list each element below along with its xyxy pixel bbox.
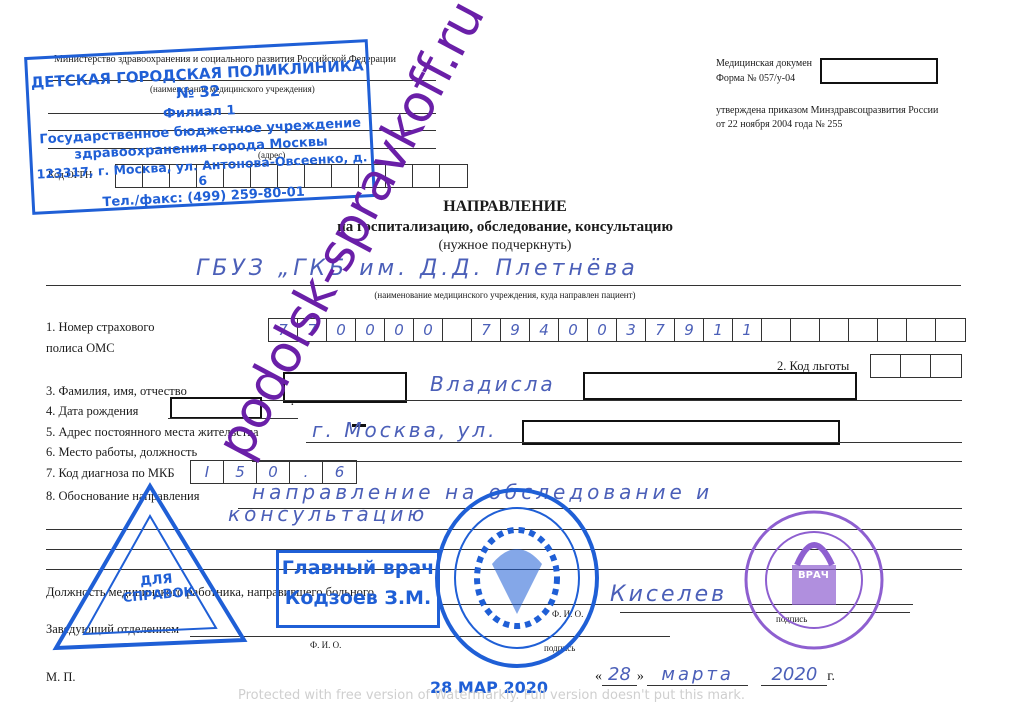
code-cell: 7 [646, 319, 675, 341]
code-cell: 0 [356, 319, 385, 341]
round-seal-stamp [432, 484, 602, 672]
form-number: Форма № 057/у-04 [716, 73, 795, 84]
policy-label-1: 1. Номер страхового [46, 320, 155, 335]
name-label: 3. Фамилия, имя, отчество [46, 384, 187, 399]
policy-label-2: полиса ОМС [46, 341, 115, 356]
code-cell [878, 319, 907, 341]
code-cell [820, 319, 849, 341]
code-cell [936, 319, 965, 341]
date-month: марта [647, 664, 748, 686]
date-line: «28» марта 2020г. [595, 664, 835, 685]
code-cell [849, 319, 878, 341]
code-cell [443, 319, 472, 341]
code-cell [762, 319, 791, 341]
reason-line-2: консультацию [228, 502, 428, 526]
destination-caption: (наименование медицинского учреждения, к… [0, 290, 1010, 300]
doctor-signature: Киселев [610, 582, 727, 607]
doc-label: Медицинская докумен [716, 58, 812, 69]
code-cell: 0 [559, 319, 588, 341]
code-cell: 1 [704, 319, 733, 341]
chief-stamp-line-2: Кодзоев З.М. [279, 583, 437, 613]
redacted-block [820, 58, 938, 84]
underline-note: (нужное подчеркнуть) [0, 238, 1010, 254]
code-cell: 0 [385, 319, 414, 341]
head-fio-caption: Ф. И. О. [310, 640, 341, 650]
name-value: Владисла [430, 372, 556, 396]
approved-line-2: от 22 ноября 2004 года № 255 [716, 119, 842, 130]
code-cell: 9 [675, 319, 704, 341]
code-cell: 3 [617, 319, 646, 341]
personal-seal-center: ВРАЧ [798, 570, 829, 581]
document-subtitle: на госпитализацию, обследование, консуль… [0, 219, 1010, 236]
triangle-stamp-text: ДЛЯ СПРАВОК [121, 570, 193, 606]
clinic-stamp: ДЕТСКАЯ ГОРОДСКАЯ ПОЛИКЛИНИКА № 32 Филиа… [24, 39, 376, 215]
chief-stamp-line-1: Главный врач [279, 553, 437, 583]
code-cell: 4 [530, 319, 559, 341]
redacted-block [583, 372, 857, 400]
date-year: 2020 [761, 664, 827, 686]
mp-label: М. П. [46, 670, 76, 685]
benefit-code-boxes [870, 354, 962, 378]
approved-line-1: утверждена приказом Минздравсоцразвития … [716, 105, 938, 116]
dob-label: 4. Дата рождения [46, 404, 138, 419]
footer-watermark: Protected with free version of Watermark… [238, 688, 745, 703]
date-day: 28 [602, 664, 637, 686]
code-cell: 7 [472, 319, 501, 341]
code-cell: 0 [414, 319, 443, 341]
work-label: 6. Место работы, должность [46, 445, 197, 460]
destination-value: ГБУЗ „ГКБ им. Д.Д. Плетнёва [196, 256, 639, 281]
code-cell: 9 [501, 319, 530, 341]
code-cell [791, 319, 820, 341]
code-cell: 0 [588, 319, 617, 341]
code-cell [907, 319, 936, 341]
code-cell: 1 [733, 319, 762, 341]
icd-label: 7. Код диагноза по МКБ [46, 466, 175, 481]
policy-number-boxes: 7700007940037911 [268, 318, 966, 342]
triangle-stamp [50, 480, 250, 660]
date-suffix: г. [827, 669, 835, 684]
chief-doctor-stamp: Главный врач Кодзоев З.М. [276, 550, 440, 628]
address-value: г. Москва, ул. [312, 418, 498, 442]
